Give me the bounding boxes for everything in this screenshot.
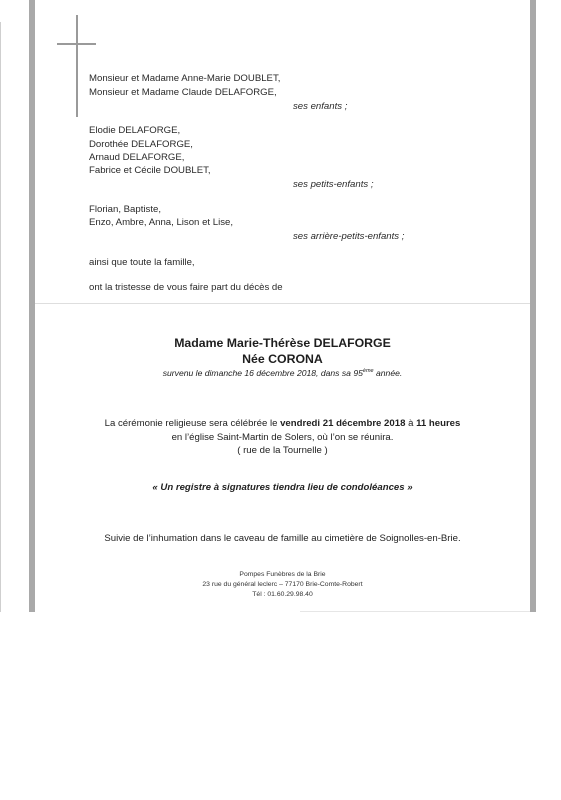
relation-label: ses petits-enfants ; [293,178,374,192]
death-note-text: survenu le dimanche 16 décembre 2018, da… [163,368,363,378]
scan-edge-line [0,22,1,612]
death-note-end: année. [374,368,403,378]
cross-vertical-stroke [76,15,78,117]
funeral-home-name: Pompes Funèbres de la Brie [35,570,530,580]
ceremony-time: 11 heures [416,418,460,429]
family-name-line: Dorothée DELAFORGE, [89,138,193,152]
scan-border-right [530,0,536,612]
family-name-line: Florian, Baptiste, [89,203,161,217]
registry-note: « Un registre à signatures tiendra lieu … [35,482,530,493]
ceremony-text: La cérémonie religieuse sera célébrée le [105,418,280,429]
funeral-home-phone: Tél : 01.60.29.98.40 [35,590,530,600]
ceremony-text: à [405,418,416,429]
death-note: survenu le dimanche 16 décembre 2018, da… [35,367,530,379]
ceremony-location: en l’église Saint-Martin de Solers, où l… [35,431,530,445]
cross-horizontal-stroke [57,43,96,45]
family-name-line: Fabrice et Cécile DOUBLET, [89,164,211,178]
maiden-name: Née CORONA [35,351,530,367]
ceremony-date: vendredi 21 décembre 2018 [280,418,405,429]
page-bottom-edge [300,611,530,612]
relation-label: ses enfants ; [293,100,347,114]
scan-border-left [29,0,35,612]
family-name-line: Enzo, Ambre, Anna, Lison et Lise, [89,216,233,230]
fold-line [35,303,530,304]
ordinal-suffix: ème [363,368,374,374]
announcement-line: ont la tristesse de vous faire part du d… [89,281,283,295]
family-name-line: Monsieur et Madame Anne-Marie DOUBLET, [89,72,280,86]
burial-note: Suivie de l’inhumation dans le caveau de… [35,533,530,544]
family-name-line: Elodie DELAFORGE, [89,124,180,138]
ceremony-line-1: La cérémonie religieuse sera célébrée le… [35,417,530,431]
family-name-line: Monsieur et Madame Claude DELAFORGE, [89,86,277,100]
relation-label: ses arrière-petits-enfants ; [293,230,404,244]
deceased-name: Madame Marie-Thérèse DELAFORGE [35,335,530,351]
family-name-line: Arnaud DELAFORGE, [89,151,184,165]
whole-family-line: ainsi que toute la famille, [89,256,195,270]
funeral-home-address: 23 rue du général leclerc – 77170 Brie-C… [35,580,530,590]
ceremony-street: ( rue de la Tournelle ) [35,444,530,458]
